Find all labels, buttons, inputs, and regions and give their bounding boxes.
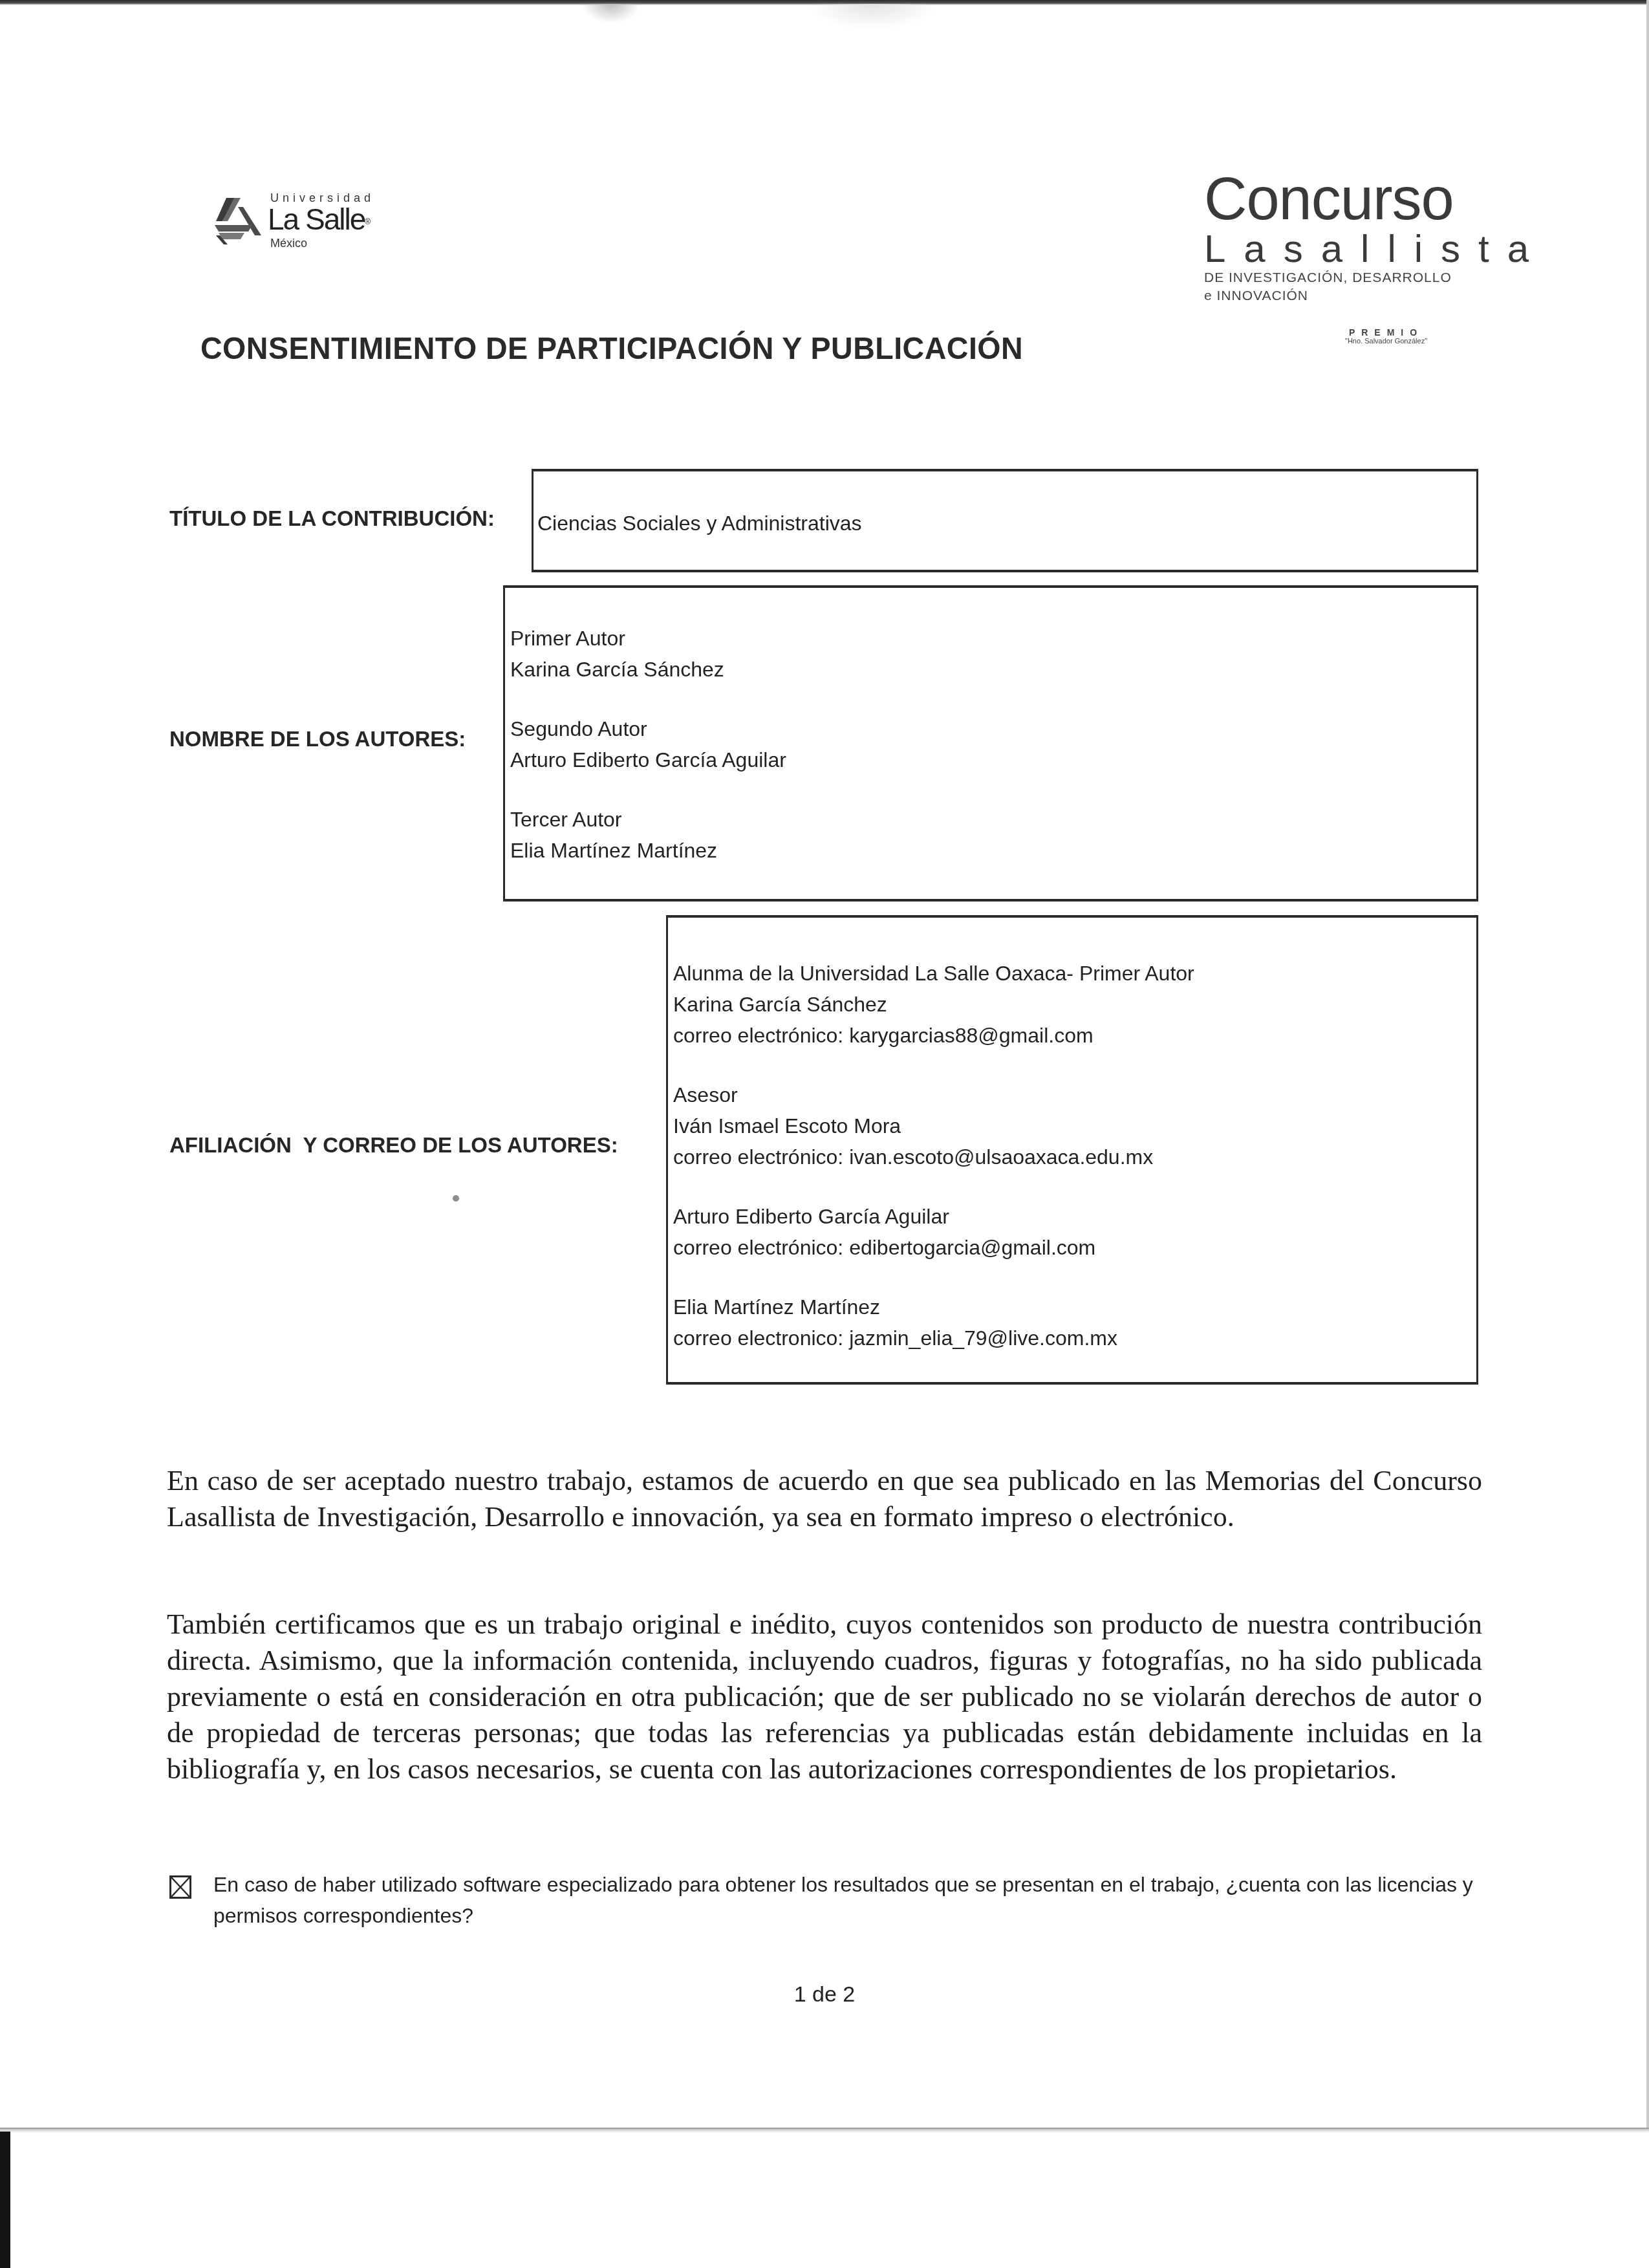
affiliation-email: correo electronico: jazmin_elia_79@live.… <box>673 1323 1194 1354</box>
contest-logo: Concurso Lasallista DE INVESTIGACIÓN, DE… <box>1204 169 1502 305</box>
page-number: 1 de 2 <box>0 1982 1649 2007</box>
affiliation-line: Asesor <box>673 1079 1194 1110</box>
author-name: Karina García Sánchez <box>510 654 786 685</box>
author-name: Elia Martínez Martínez <box>510 835 786 866</box>
affiliation-line: Elia Martínez Martínez <box>673 1291 1194 1323</box>
document-title: CONSENTIMIENTO DE PARTICIPACIÓN Y PUBLIC… <box>200 331 1023 367</box>
premio-name: "Hno. Salvador González" <box>1345 338 1427 345</box>
university-logo: Universidad La Salle® México <box>213 186 407 251</box>
consent-paragraph: En caso de ser aceptado nuestro trabajo,… <box>167 1463 1482 1535</box>
logo-name-text: La Salle <box>268 202 365 236</box>
affiliation-email: correo electrónico: edibertogarcia@gmail… <box>673 1232 1194 1263</box>
affiliation-field-box[interactable]: Alunma de la Universidad La Salle Oaxaca… <box>666 915 1478 1385</box>
affiliation-line: Iván Ismael Escoto Mora <box>673 1110 1194 1141</box>
contest-logo-title: Concurso <box>1204 169 1502 229</box>
affiliation-email: correo electrónico: karygarcias88@gmail.… <box>673 1020 1194 1051</box>
title-field-value: Ciencias Sociales y Administrativas <box>537 508 862 539</box>
logo-mexico: México <box>270 237 307 250</box>
affiliation-list: Alunma de la Universidad La Salle Oaxaca… <box>673 958 1194 1354</box>
affiliation-line: Arturo Ediberto García Aguilar <box>673 1201 1194 1232</box>
registered-mark: ® <box>365 217 371 226</box>
contest-logo-line1: DE INVESTIGACIÓN, DESARROLLO <box>1204 269 1502 287</box>
scan-shadow <box>582 4 640 23</box>
authors-field-box[interactable]: Primer Autor Karina García Sánchez Segun… <box>503 585 1478 902</box>
software-license-checkbox[interactable] <box>169 1875 191 1899</box>
lasalle-triangle-icon <box>213 193 265 244</box>
scan-speck <box>453 1195 459 1202</box>
page-bottom-edge <box>0 2128 1649 2133</box>
author-role: Segundo Autor <box>510 713 786 744</box>
software-license-label: En caso de haber utilizado software espe… <box>213 1869 1494 1931</box>
title-field-box[interactable]: Ciencias Sociales y Administrativas <box>532 469 1478 572</box>
contest-logo-subtitle: Lasallista <box>1204 229 1502 269</box>
affiliation-email: correo electrónico: ivan.escoto@ulsaoaxa… <box>673 1141 1194 1172</box>
logo-lasalle-name: La Salle® <box>268 203 371 238</box>
author-role: Tercer Autor <box>510 804 786 835</box>
contest-logo-line2: e INNOVACIÓN <box>1204 287 1502 305</box>
certification-paragraph: También certificamos que es un trabajo o… <box>167 1606 1482 1787</box>
authors-field-label: NOMBRE DE LOS AUTORES: <box>169 727 466 751</box>
affiliation-line: Karina García Sánchez <box>673 989 1194 1020</box>
authors-list: Primer Autor Karina García Sánchez Segun… <box>510 623 786 866</box>
author-role: Primer Autor <box>510 623 786 654</box>
affiliation-line: Alunma de la Universidad La Salle Oaxaca… <box>673 958 1194 989</box>
scan-shadow <box>808 4 938 30</box>
affiliation-field-label: AFILIACIÓN Y CORREO DE LOS AUTORES: <box>169 1133 618 1158</box>
premio-label: PREMIO <box>1345 327 1427 338</box>
scan-left-bar <box>0 2132 10 2268</box>
title-field-label: TÍTULO DE LA CONTRIBUCIÓN: <box>169 506 495 531</box>
premio-badge: PREMIO "Hno. Salvador González" <box>1345 327 1427 345</box>
checkbox-x-icon <box>171 1877 189 1897</box>
author-name: Arturo Ediberto García Aguilar <box>510 744 786 775</box>
scan-right-edge <box>1646 0 1649 2132</box>
